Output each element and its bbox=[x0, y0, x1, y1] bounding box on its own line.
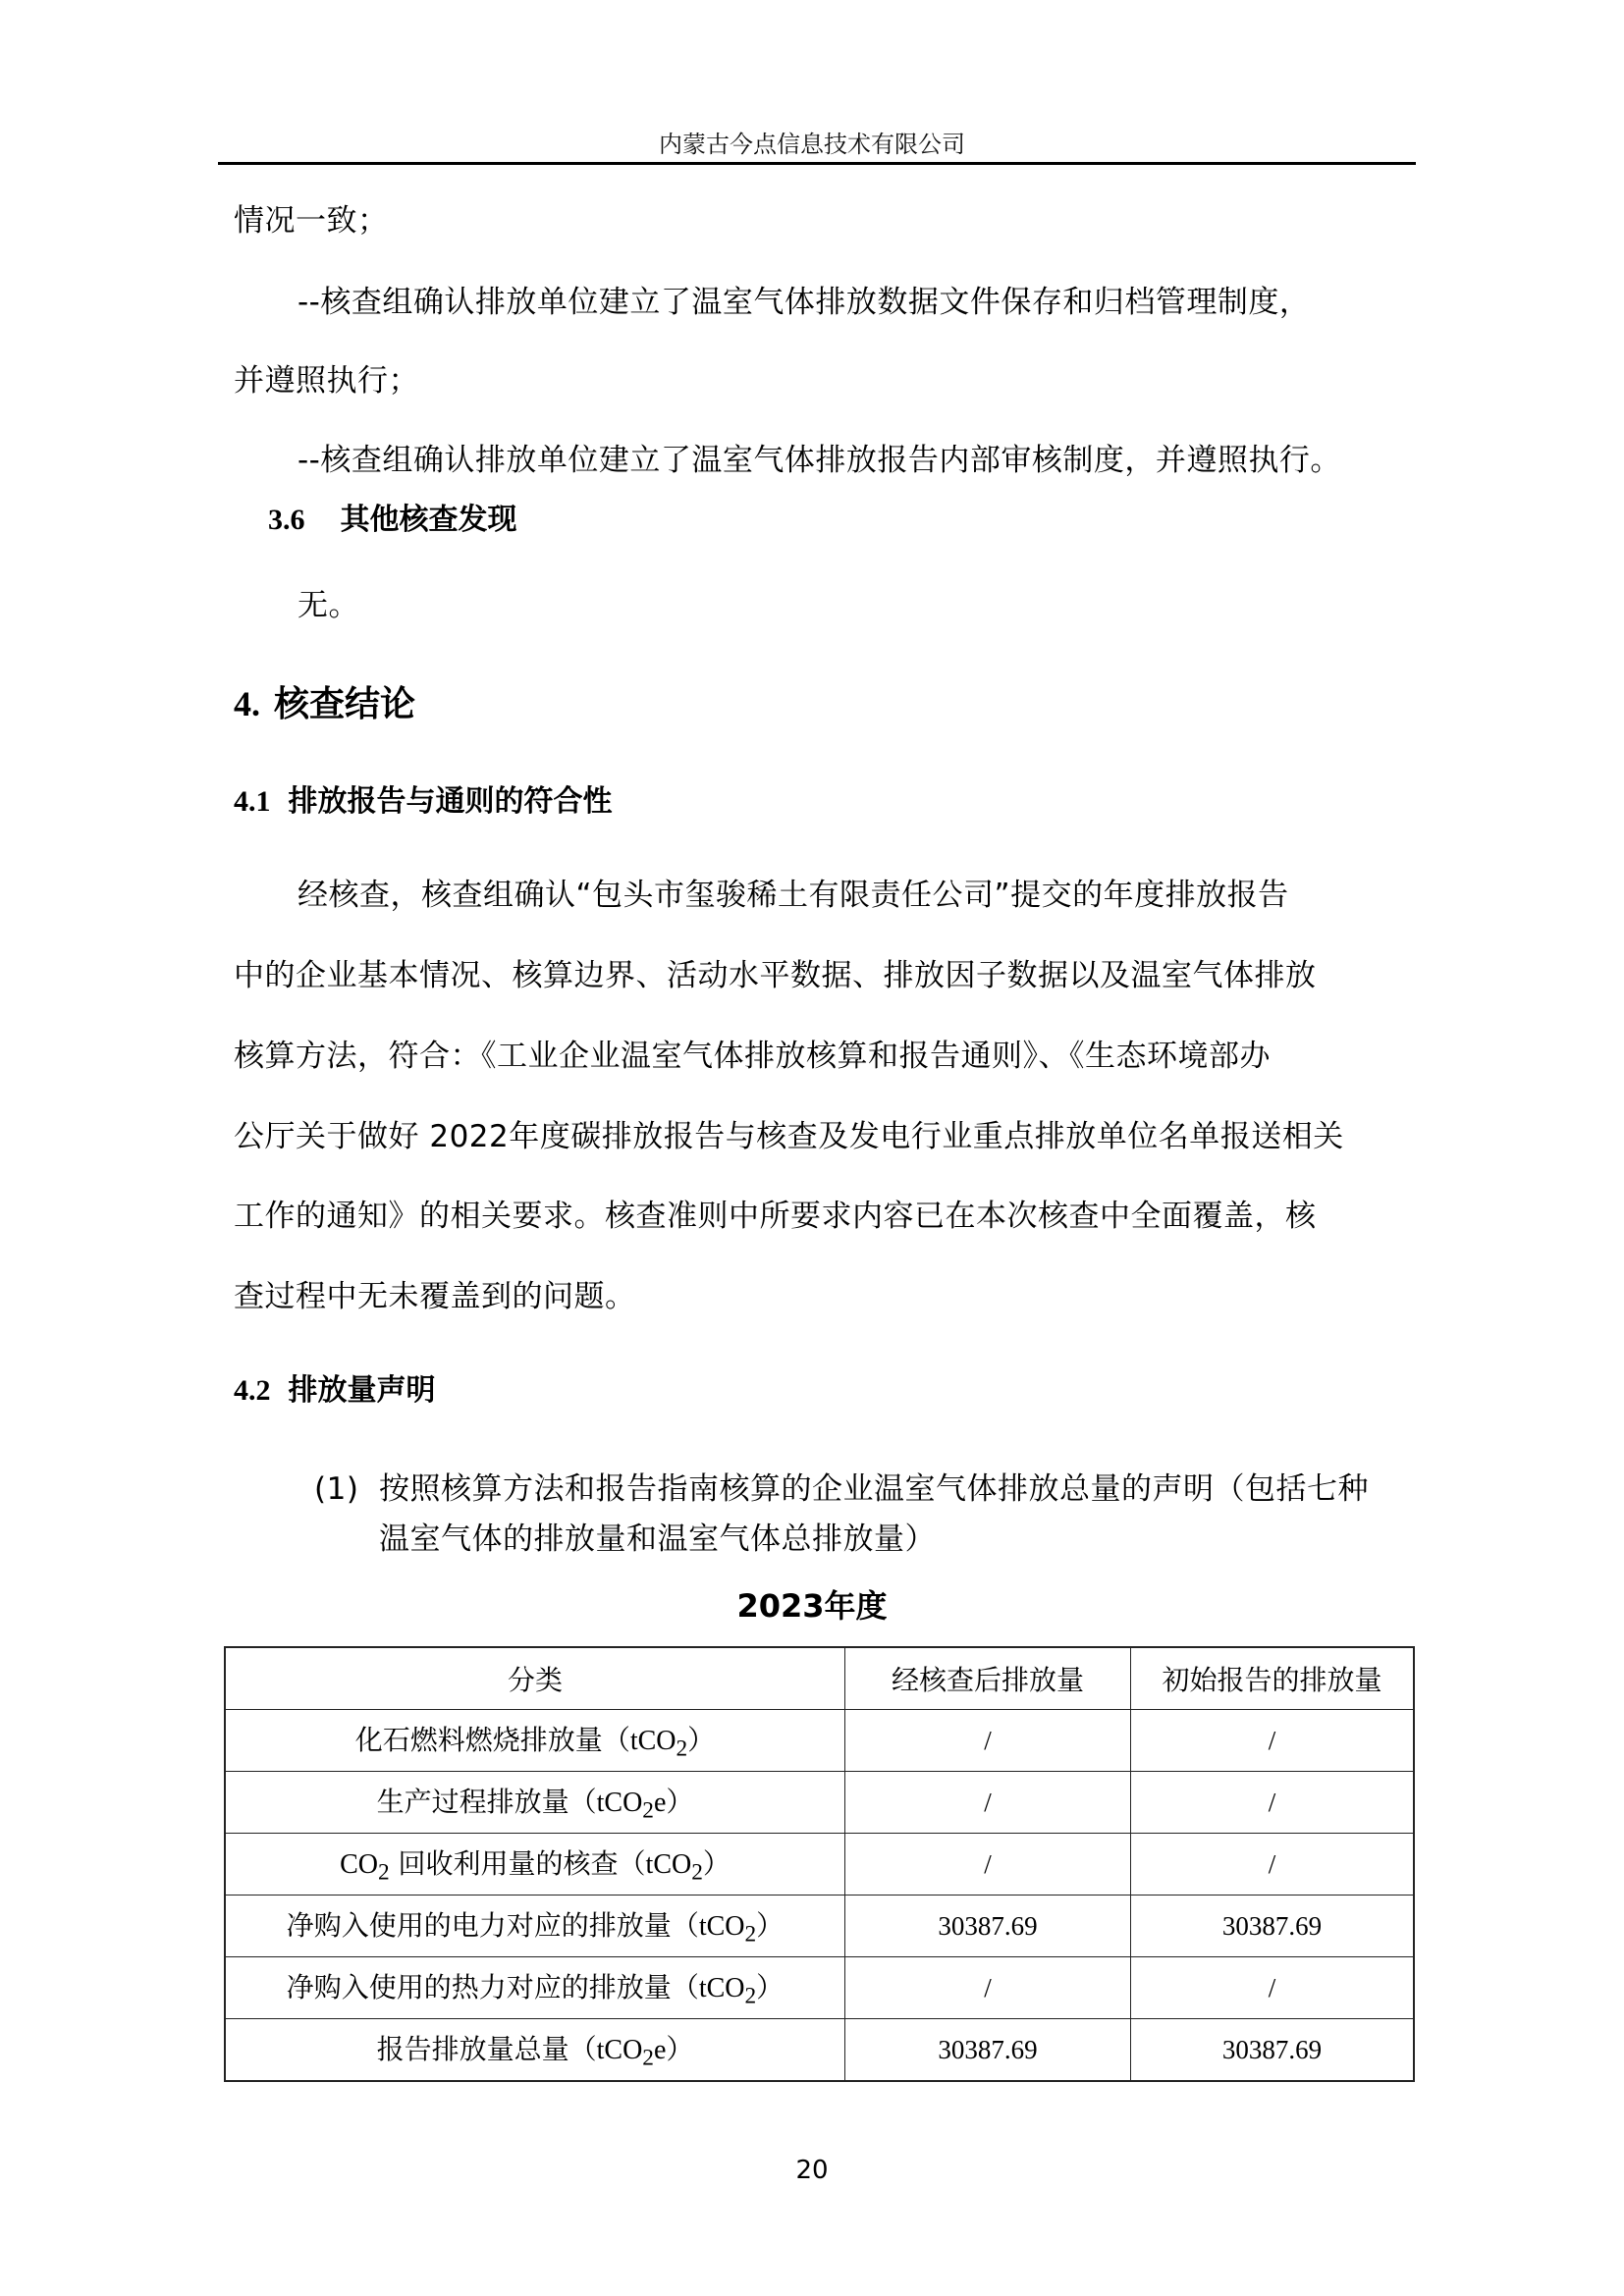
unit-text: （tCO2e） bbox=[569, 1788, 694, 1818]
section-number: 4. bbox=[234, 684, 260, 723]
table-header-row: 分类 经核查后排放量 初始报告的排放量 bbox=[225, 1647, 1414, 1710]
unit-post: ） bbox=[703, 1849, 731, 1880]
unit-pre: （tCO bbox=[672, 1973, 745, 2003]
initial-value: 30387.69 bbox=[1131, 1896, 1415, 1957]
label-text: 净购入使用的电力对应的排放量 bbox=[287, 1909, 672, 1942]
verified-value: / bbox=[845, 1710, 1131, 1772]
table-row: 净购入使用的热力对应的排放量（tCO2） / / bbox=[225, 1957, 1414, 2019]
verified-value: / bbox=[845, 1957, 1131, 2019]
table-row: 生产过程排放量（tCO2e） / / bbox=[225, 1772, 1414, 1834]
page-header-company: 内蒙古今点信息技术有限公司 bbox=[0, 128, 1624, 161]
unit-pre: （tCO bbox=[603, 1726, 677, 1756]
unit-pre: （tCO bbox=[672, 1911, 745, 1942]
verified-value: 30387.69 bbox=[845, 2019, 1131, 2082]
list-item-line-1: 按照核算方法和报告指南核算的企业温室气体排放总量的声明（包括七种 bbox=[379, 1469, 1369, 1509]
unit-pre: （tCO bbox=[569, 2035, 643, 2065]
unit-pre: （tCO bbox=[619, 1849, 692, 1880]
table-title: 2023年度 bbox=[0, 1584, 1624, 1628]
unit-post: e） bbox=[654, 1788, 693, 1818]
table-row-total: 报告排放量总量（tCO2e） 30387.69 30387.69 bbox=[225, 2019, 1414, 2082]
section-4-heading: 4.核查结论 bbox=[234, 681, 415, 727]
section-number: 3.6 bbox=[268, 504, 305, 536]
section-number: 4.1 bbox=[234, 785, 271, 818]
table-row: 化石燃料燃烧排放量（tCO2） / / bbox=[225, 1710, 1414, 1772]
section-3-6-content: 无。 bbox=[298, 586, 359, 625]
verified-value: / bbox=[845, 1834, 1131, 1896]
unit-post: e） bbox=[654, 2035, 693, 2065]
header-divider bbox=[218, 162, 1416, 165]
initial-value: / bbox=[1131, 1710, 1415, 1772]
list-item-line-2: 温室气体的排放量和温室气体总排放量） bbox=[379, 1520, 936, 1559]
unit-text: （tCO2） bbox=[603, 1726, 715, 1756]
list-item-marker: (1) bbox=[314, 1469, 358, 1509]
label-text: 化石燃料燃烧排放量 bbox=[355, 1724, 603, 1756]
label-text: 净购入使用的热力对应的排放量 bbox=[287, 1971, 672, 2003]
column-header-verified: 经核查后排放量 bbox=[845, 1647, 1131, 1710]
body-line-2: --核查组确认排放单位建立了温室气体排放数据文件保存和归档管理制度， bbox=[298, 283, 1310, 322]
section-title: 排放报告与通则的符合性 bbox=[289, 784, 613, 819]
paragraph-line: 公厅关于做好 2022年度碳排放报告与核查及发电行业重点排放单位名单报送相关 bbox=[234, 1117, 1344, 1156]
row-label: 化石燃料燃烧排放量（tCO2） bbox=[225, 1710, 845, 1772]
section-title: 其他核查发现 bbox=[341, 503, 517, 537]
section-4-2-heading: 4.2排放量声明 bbox=[234, 1371, 436, 1411]
label-sub: 2 bbox=[378, 1859, 390, 1885]
initial-value: / bbox=[1131, 1834, 1415, 1896]
row-label: 生产过程排放量（tCO2e） bbox=[225, 1772, 845, 1834]
unit-post: ） bbox=[756, 1911, 784, 1942]
label-text: 回收利用量的核查 bbox=[390, 1847, 619, 1880]
initial-value: 30387.69 bbox=[1131, 2019, 1415, 2082]
unit-text: （tCO2） bbox=[619, 1849, 731, 1880]
verified-value: / bbox=[845, 1772, 1131, 1834]
unit-pre: （tCO bbox=[569, 1788, 643, 1818]
label-text: 报告排放量总量 bbox=[377, 2033, 569, 2065]
unit-sub: 2 bbox=[642, 2045, 654, 2070]
unit-sub: 2 bbox=[745, 1983, 757, 2008]
paragraph-line: 经核查，核查组确认“包头市玺骏稀土有限责任公司”提交的年度排放报告 bbox=[298, 876, 1289, 915]
label-pre: CO bbox=[340, 1849, 378, 1880]
row-label: 净购入使用的电力对应的排放量（tCO2） bbox=[225, 1896, 845, 1957]
unit-text: （tCO2） bbox=[672, 1973, 784, 2003]
column-header-category: 分类 bbox=[225, 1647, 845, 1710]
paragraph-line: 核算方法，符合：《工业企业温室气体排放核算和报告通则》、《生态环境部办 bbox=[234, 1037, 1271, 1076]
emissions-table: 分类 经核查后排放量 初始报告的排放量 化石燃料燃烧排放量（tCO2） / / … bbox=[224, 1646, 1415, 2082]
table-row: CO2 回收利用量的核查（tCO2） / / bbox=[225, 1834, 1414, 1896]
unit-text: （tCO2） bbox=[672, 1911, 784, 1942]
initial-value: / bbox=[1131, 1772, 1415, 1834]
initial-value: / bbox=[1131, 1957, 1415, 2019]
unit-sub: 2 bbox=[677, 1735, 688, 1761]
paragraph-line: 工作的通知》的相关要求。核查准则中所要求内容已在本次核查中全面覆盖，核 bbox=[234, 1197, 1317, 1236]
label-text: 生产过程排放量 bbox=[377, 1786, 569, 1818]
unit-post: ） bbox=[756, 1973, 784, 2003]
body-line-3: 并遵照执行； bbox=[234, 361, 419, 400]
unit-text: （tCO2e） bbox=[569, 2035, 694, 2065]
section-title: 核查结论 bbox=[274, 684, 415, 724]
unit-sub: 2 bbox=[691, 1859, 703, 1885]
unit-sub: 2 bbox=[642, 1797, 654, 1823]
unit-sub: 2 bbox=[745, 1921, 757, 1947]
row-label: 报告排放量总量（tCO2e） bbox=[225, 2019, 845, 2082]
paragraph-line: 查过程中无未覆盖到的问题。 bbox=[234, 1277, 636, 1316]
section-4-1-heading: 4.1排放报告与通则的符合性 bbox=[234, 782, 613, 822]
body-line-4: --核查组确认排放单位建立了温室气体排放报告内部审核制度，并遵照执行。 bbox=[298, 441, 1341, 480]
paragraph-line: 中的企业基本情况、核算边界、活动水平数据、排放因子数据以及温室气体排放 bbox=[234, 956, 1317, 995]
co2-prefix: CO2 bbox=[340, 1849, 390, 1880]
section-number: 4.2 bbox=[234, 1374, 271, 1407]
section-title: 排放量声明 bbox=[289, 1373, 436, 1408]
unit-post: ） bbox=[687, 1726, 715, 1756]
column-header-initial: 初始报告的排放量 bbox=[1131, 1647, 1415, 1710]
page-number: 20 bbox=[0, 2154, 1624, 2187]
body-line-1: 情况一致； bbox=[234, 201, 389, 240]
verified-value: 30387.69 bbox=[845, 1896, 1131, 1957]
table-row: 净购入使用的电力对应的排放量（tCO2） 30387.69 30387.69 bbox=[225, 1896, 1414, 1957]
row-label: 净购入使用的热力对应的排放量（tCO2） bbox=[225, 1957, 845, 2019]
row-label: CO2 回收利用量的核查（tCO2） bbox=[225, 1834, 845, 1896]
section-3-6-heading: 3.6其他核查发现 bbox=[268, 501, 517, 540]
